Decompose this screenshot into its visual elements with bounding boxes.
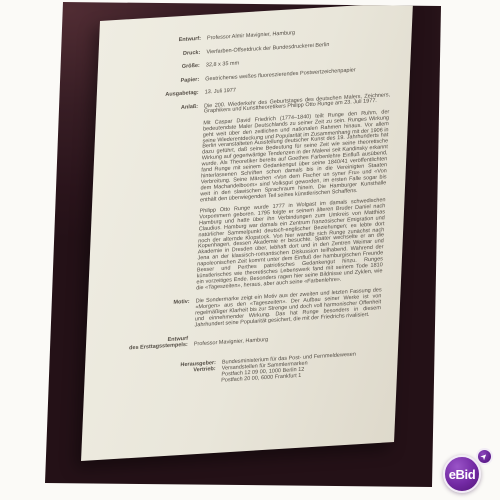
- document-sheet: Entwurf: Professor Almir Mavignier, Hamb…: [81, 2, 413, 461]
- field-value: Professor Mavignier, Hamburg: [194, 331, 380, 348]
- field-label: Größe:: [104, 64, 200, 76]
- field-label: Papier:: [103, 77, 199, 89]
- ebid-logo-text: eBid: [449, 467, 476, 482]
- ebid-logo-bubble: ➤: [476, 448, 493, 465]
- ebid-logo: eBid: [443, 455, 481, 493]
- field-label: Entwurf:: [105, 37, 201, 49]
- photo-background: Entwurf: Professor Almir Mavignier, Hamb…: [0, 0, 500, 500]
- paragraph: Mit Caspar David Friedrich (1774–1840) t…: [200, 110, 390, 204]
- field-label: Ausgabetag:: [102, 91, 198, 103]
- cursor-arrow-icon: ➤: [479, 451, 489, 461]
- field-label: Anlaß:: [94, 104, 198, 298]
- anlass-text: Die 200. Wiederkehr des Geburtstages des…: [196, 93, 390, 292]
- motiv-text: Die Sondermarke zeigt ein Motiv aus der …: [194, 288, 381, 329]
- field-label: Motiv:: [92, 300, 189, 335]
- field-label: Druck:: [104, 50, 200, 62]
- field-row-anlass: Anlaß: Die 200. Wiederkehr des Geburtsta…: [94, 92, 403, 298]
- paragraph: Philipp Otto Runge wurde 1777 in Wolgast…: [196, 198, 386, 292]
- publisher-block: Herausgeber: Bundesministerium für das P…: [119, 351, 392, 391]
- field-label: Entwurf des Ersttagsstempels:: [92, 337, 189, 355]
- paragraph: Die Sondermarke zeigt ein Motiv aus der …: [194, 288, 381, 329]
- ebid-watermark: eBid ➤: [443, 455, 483, 495]
